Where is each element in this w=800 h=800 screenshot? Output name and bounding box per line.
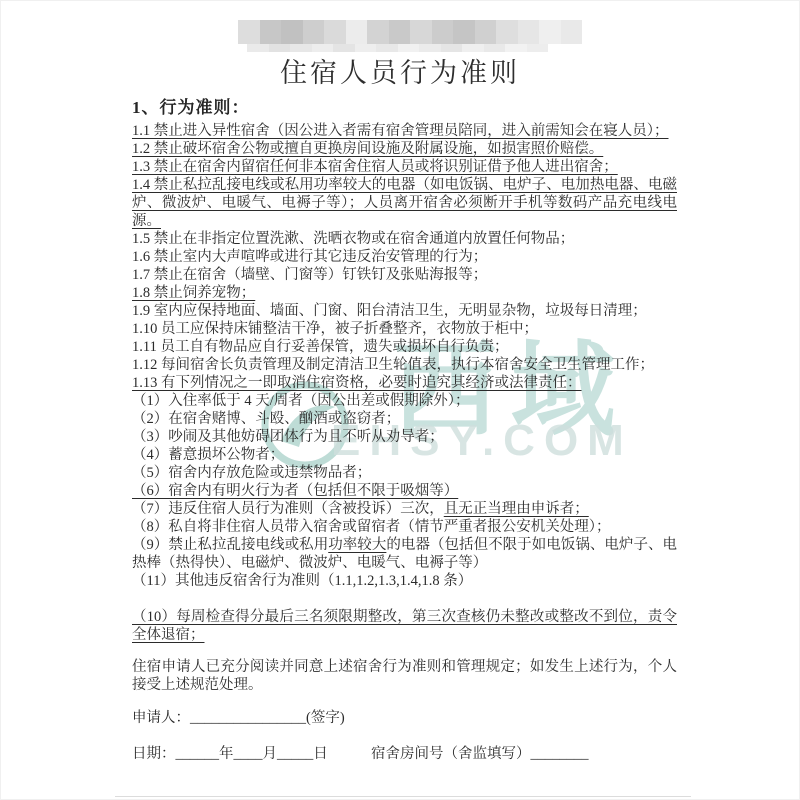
rule-text-segment: （1）入住率低于 4 天/周者（因公出差或假期除外）；	[132, 393, 470, 409]
bottom-divider	[115, 796, 691, 797]
rule-text-segment: （10）每周检查得分最后三名须限期整改，第三次查核仍未整改或整改不到位，责令全体…	[132, 609, 677, 643]
rule-line: （3）吵闹及其他妨碍团体行为且不听从劝导者；	[132, 428, 677, 446]
redaction-block	[324, 20, 346, 44]
redaction-block	[260, 20, 282, 44]
rule-text-segment: （2）在宿舍赌博、斗殴、酗酒或盗窃者；	[132, 411, 400, 427]
redaction-block	[432, 20, 454, 44]
rule-line: 1.1 禁止进入异性宿舍（因公进入者需有宿舍管理员陪同，进入前需知会在寝人员）；	[132, 122, 677, 140]
rules-list: 1.1 禁止进入异性宿舍（因公进入者需有宿舍管理员陪同，进入前需知会在寝人员）；…	[132, 122, 677, 392]
rule-text-segment: （3）吵闹及其他妨碍团体行为且不听从劝导者；	[132, 429, 444, 445]
rule-line: 1.6 禁止室内大声喧哗或进行其它违反治安管理的行为；	[132, 248, 677, 266]
redaction-block	[346, 20, 368, 44]
rule-text-segment: （9）禁止私拉乱接电线或私用	[132, 537, 328, 553]
rule-line: （7）违反住宿人员行为准则（含被投诉）三次，且无正当理由申诉者；	[132, 500, 677, 518]
rule-line: （8）私自将非住宿人员带入宿舍或留宿者（情节严重者报公安机关处理）；	[132, 518, 677, 536]
rule-text-segment: 且无正当理由申诉者；	[444, 501, 589, 517]
document-body: 1.1 禁止进入异性宿舍（因公进入者需有宿舍管理员陪同，进入前需知会在寝人员）；…	[132, 122, 677, 763]
rule-line: 1.11 员工自有物品应自行妥善保管，遗失或损坏自行负责；	[132, 338, 677, 356]
redaction-block	[367, 20, 389, 44]
redaction-block	[561, 20, 583, 44]
redaction-block	[518, 20, 540, 44]
rule-text-segment: 1.4 禁止私拉乱接电线或私用功率较大的电器（如电饭锅、电炉子、电加热电器、电磁…	[132, 177, 677, 229]
redaction-block	[539, 20, 561, 44]
rule-text-segment: 1.10 员工应保持床铺整洁干净，被子折叠整齐，衣物放于柜中；	[132, 321, 538, 337]
rule-text-segment: 1.6 禁止室内大声喧哗或进行其它违反治安管理的行为；	[132, 249, 487, 265]
rule-line: 1.4 禁止私拉乱接电线或私用功率较大的电器（如电饭锅、电炉子、电加热电器、电磁…	[132, 176, 677, 230]
redaction-block	[389, 20, 411, 44]
rule-line: （1）入住率低于 4 天/周者（因公出差或假期除外）；	[132, 392, 677, 410]
rule-line: 1.2 禁止破坏宿舍公物或擅自更换房间设施及附属设施，如损害照价赔偿。	[132, 140, 677, 158]
rule-text-segment: 1.2 禁止破坏宿舍公物或擅自更换房间设施及附属设施，如损害照价赔偿。	[132, 141, 603, 157]
rule-line: （5）宿舍内存放危险或违禁物品者；	[132, 464, 677, 482]
rule-text-segment: 1.9 室内应保持地面、墙面、门窗、阳台清洁卫生，无明显杂物，垃圾每日清理；	[132, 303, 647, 319]
rule-line: （11）其他违反宿舍行为准则（1.1,1.2,1.3,1.4,1.8 条）	[132, 572, 677, 590]
redaction-block	[453, 20, 475, 44]
redaction-block	[496, 20, 518, 44]
section-heading: 1、行为准则：	[132, 93, 250, 118]
rule-text-segment: 1.8 禁止饲养宠物；	[132, 285, 255, 301]
redaction-block	[281, 20, 303, 44]
sub-items-list: （1）入住率低于 4 天/周者（因公出差或假期除外）；（2）在宿舍赌博、斗殴、酗…	[132, 392, 677, 590]
rule-line: （10）每周检查得分最后三名须限期整改，第三次查核仍未整改或整改不到位，责令全体…	[132, 608, 677, 644]
redacted-company-name	[238, 20, 582, 44]
rule-line: 1.8 禁止饲养宠物；	[132, 284, 677, 302]
redaction-block	[303, 20, 325, 44]
rule-text-segment: 1.7 禁止在宿舍（墙壁、门窗等）钉铁钉及张贴海报等；	[132, 267, 487, 283]
redaction-block	[410, 20, 432, 44]
rule-text-segment: （11）其他违反宿舍行为准则（1.1,1.2,1.3,1.4,1.8 条）	[132, 573, 472, 589]
redaction-block	[475, 20, 497, 44]
page-title: 住宿人员行为准则	[1, 51, 799, 90]
rule-text-segment: （7）违反住宿人员行为准则（含被投诉）三次，	[132, 501, 444, 517]
document-page: 西域 EHSY.COM 住宿人员行为准则 1、行为准则： 1.1 禁止进入异性宿…	[0, 0, 800, 800]
redaction-block	[238, 20, 260, 44]
rule-text-segment: 功率较大	[328, 537, 386, 553]
rule-text-segment: 1.5 禁止在非指定位置洗漱、洗晒衣物或在宿舍通道内放置任何物品；	[132, 231, 574, 247]
rule-line: 1.3 禁止在宿舍内留宿任何非本宿舍住宿人员或将识别证借予他人进出宿舍；	[132, 158, 677, 176]
rule-text-segment: 1.11 员工自有物品应自行妥善保管，遗失或损坏自行负责；	[132, 339, 508, 355]
rule-text-segment: 1.12 每间宿舍长负责管理及制定清洁卫生轮值表，执行本宿舍安全卫生管理工作；	[132, 357, 654, 373]
rule-line: （4）蓄意损坏公物者；	[132, 446, 677, 464]
agreement-paragraph: 住宿申请人已充分阅读并同意上述宿舍行为准则和管理规定；如发生上述行为，个人接受上…	[132, 658, 677, 694]
rule-text-segment: （8）私自将非住宿人员带入宿舍或留宿者（情节严重者报公安机关处理）；	[132, 519, 611, 535]
date-blank-line: 日期：______年____月_____日	[132, 746, 328, 762]
rule-line: （9）禁止私拉乱接电线或私用功率较大的电器（包括但不限于如电饭锅、电炉子、电热棒…	[132, 536, 677, 572]
rule-line: （2）在宿舍赌博、斗殴、酗酒或盗窃者；	[132, 410, 677, 428]
rule-line: 1.9 室内应保持地面、墙面、门窗、阳台清洁卫生，无明显杂物，垃圾每日清理；	[132, 302, 677, 320]
rule-text-segment: （6）宿舍内有明火行为者（包括但不限于吸烟等）	[132, 483, 458, 499]
rule-text-segment: （4）蓄意损坏公物者；	[132, 447, 284, 463]
room-number-line: 宿舍房间号（舍监填写）________	[371, 745, 589, 763]
rule-text-segment: 1.3 禁止在宿舍内留宿任何非本宿舍住宿人员或将识别证借予他人进出宿舍；	[132, 159, 618, 175]
rule-text-segment: 1.1 禁止进入异性宿舍（因公进入者需有宿舍管理员陪同，进入前需知会在寝人员）；	[132, 123, 669, 139]
applicant-signature-line: 申请人：________________(签字)	[132, 709, 677, 727]
rule-text-segment: 1.13 有下列情况之一即取消住宿资格，必要时追究其经济或法律责任：	[132, 375, 582, 391]
rule-line: 1.7 禁止在宿舍（墙壁、门窗等）钉铁钉及张贴海报等；	[132, 266, 677, 284]
rule-line: （6）宿舍内有明火行为者（包括但不限于吸烟等）	[132, 482, 677, 500]
rule-line: 1.13 有下列情况之一即取消住宿资格，必要时追究其经济或法律责任：	[132, 374, 677, 392]
rule-line: 1.5 禁止在非指定位置洗漱、洗晒衣物或在宿舍通道内放置任何物品；	[132, 230, 677, 248]
rule-line: 1.10 员工应保持床铺整洁干净，被子折叠整齐，衣物放于柜中；	[132, 320, 677, 338]
penalty-clause: （10）每周检查得分最后三名须限期整改，第三次查核仍未整改或整改不到位，责令全体…	[132, 608, 677, 644]
rule-text-segment: （5）宿舍内存放危险或违禁物品者；	[132, 465, 371, 481]
date-room-row: 日期：______年____月_____日 宿舍房间号（舍监填写）_______…	[132, 745, 677, 763]
rule-line: 1.12 每间宿舍长负责管理及制定清洁卫生轮值表，执行本宿舍安全卫生管理工作；	[132, 356, 677, 374]
